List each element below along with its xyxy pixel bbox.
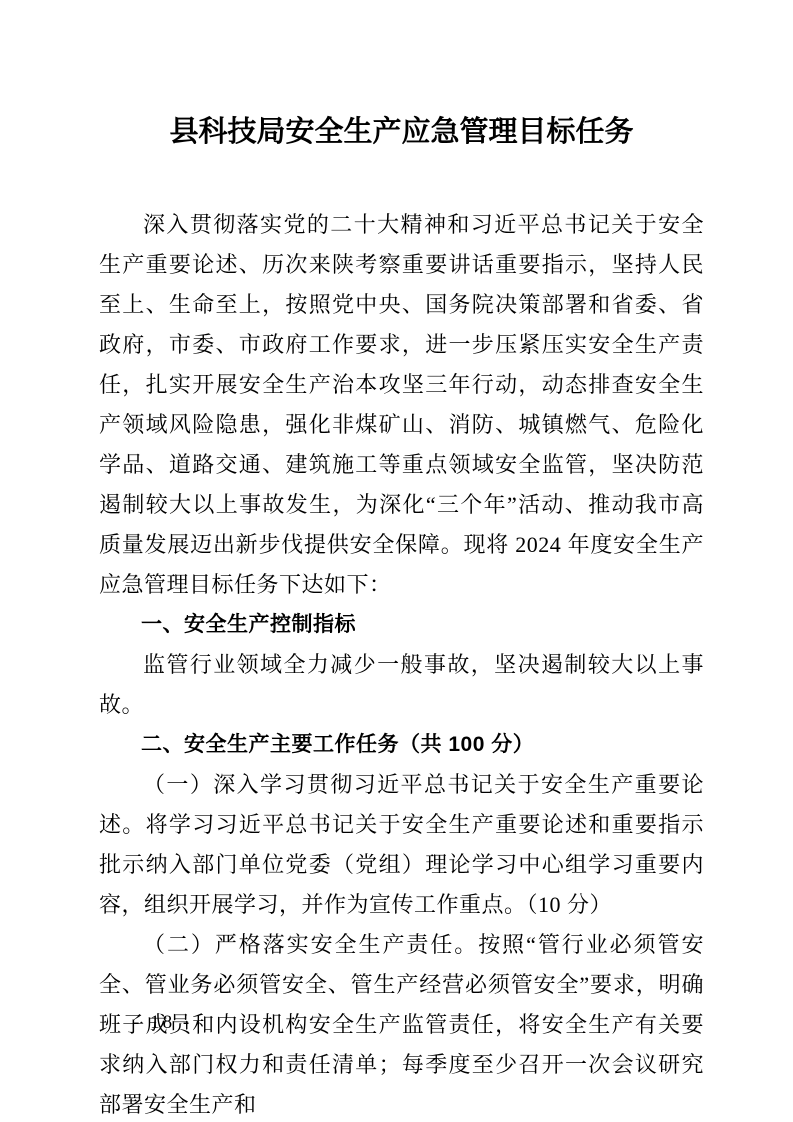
document-title: 县科技局安全生产应急管理目标任务 bbox=[99, 111, 704, 154]
page-number: - 18 - bbox=[133, 1011, 192, 1035]
section-body-control-targets: 监管行业领域全力减少一般事故，坚决遏制较大以上事故。 bbox=[99, 645, 704, 725]
section-heading-control-targets: 一、安全生产控制指标 bbox=[99, 605, 704, 645]
document-content: 县科技局安全生产应急管理目标任务 深入贯彻落实党的二十大精神和习近平总书记关于安… bbox=[99, 111, 704, 1122]
document-page: 县科技局安全生产应急管理目标任务 深入贯彻落实党的二十大精神和习近平总书记关于安… bbox=[0, 0, 793, 1122]
section-heading-main-tasks: 二、安全生产主要工作任务（共 100 分） bbox=[99, 725, 704, 765]
task-item-1-paragraph: （一）深入学习贯彻习近平总书记关于安全生产重要论述。将学习习近平总书记关于安全生… bbox=[99, 765, 704, 925]
intro-paragraph: 深入贯彻落实党的二十大精神和习近平总书记关于安全生产重要论述、历次来陕考察重要讲… bbox=[99, 205, 704, 605]
